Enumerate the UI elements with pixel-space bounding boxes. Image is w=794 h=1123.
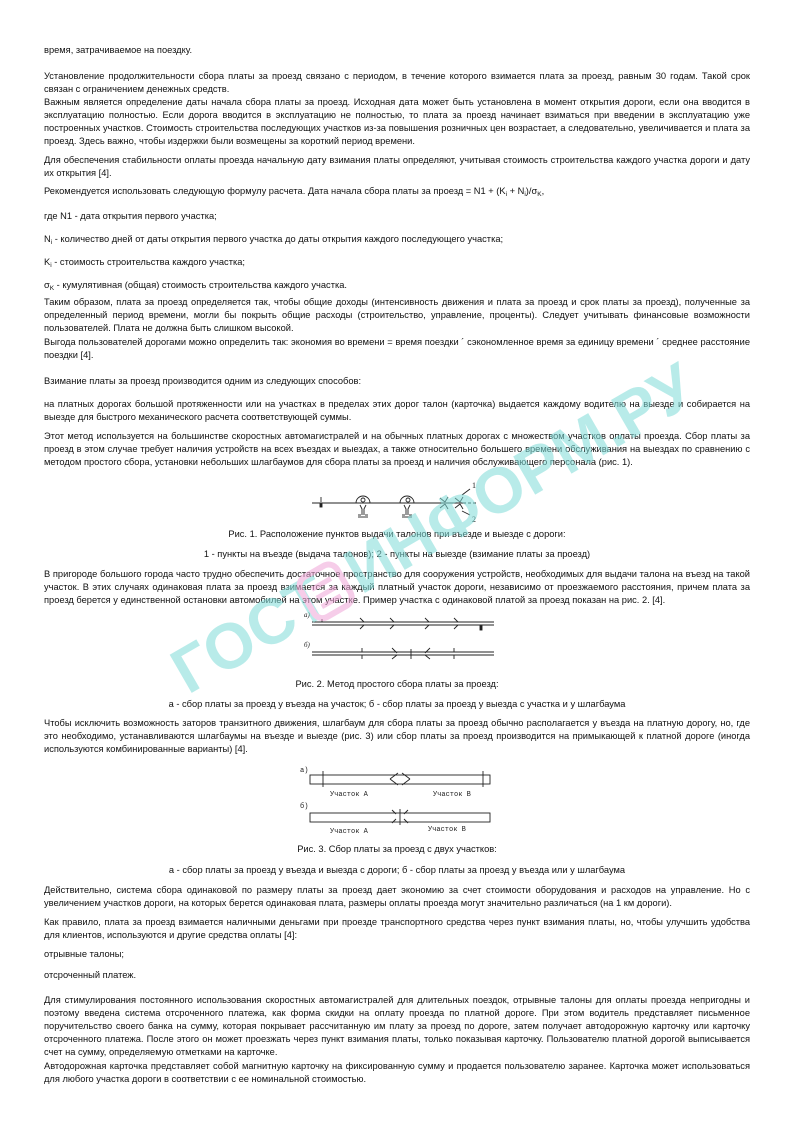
paragraph: Этот метод используется на большинстве с… [44, 430, 750, 469]
section-label: Участок А [330, 791, 369, 799]
paragraph: В пригороде большого города часто трудно… [44, 568, 750, 607]
formula-text: Рекомендуется использовать следующую фор… [44, 186, 506, 196]
road-diagram-icon: 1 2 [300, 478, 490, 523]
symbol: N [44, 234, 51, 244]
figure-label: а) [304, 611, 311, 619]
figure-1-legend: 1 - пункты на въезде (выдача талонов); 2… [44, 548, 750, 561]
paragraph: Автодорожная карточка представляет собой… [44, 1060, 750, 1086]
paragraph: на платных дорогах большой протяженности… [44, 398, 750, 424]
paragraph: Таким образом, плата за проезд определяе… [44, 296, 750, 335]
figure-3-caption: Рис. 3. Сбор платы за проезд с двух учас… [44, 843, 750, 856]
figure-label: 1 [472, 481, 476, 490]
paragraph: отсроченный платеж. [44, 969, 750, 982]
paragraph: Чтобы исключить возможность заторов тран… [44, 717, 750, 756]
road-diagram-icon: а) б) [302, 607, 498, 669]
paragraph: Для обеспечения стабильности оплаты прое… [44, 154, 750, 180]
formula-paragraph: Рекомендуется использовать следующую фор… [44, 185, 750, 198]
formula-text: )/σ [526, 186, 537, 196]
definition-text: - кумулятивная (общая) стоимость строите… [54, 280, 347, 290]
paragraph: время, затрачиваемое на поездку. [44, 44, 750, 57]
definition-sk: σK - кумулятивная (общая) стоимость стро… [44, 279, 750, 292]
figure-1-caption: Рис. 1. Расположение пунктов выдачи тало… [44, 528, 750, 541]
figure-label: б) [300, 802, 308, 811]
paragraph: Действительно, система сбора одинаковой … [44, 884, 750, 910]
figure-3-diagram: а) б) Участок А Участок В Участок А Учас… [298, 763, 498, 835]
definition-text: - количество дней от даты открытия перво… [52, 234, 503, 244]
figure-2-caption: Рис. 2. Метод простого сбора платы за пр… [44, 678, 750, 691]
figure-label: а) [300, 767, 308, 775]
definition-n1: где N1 - дата открытия первого участка; [44, 210, 750, 223]
road-diagram-icon: а) б) Участок А Участок В Участок А Учас… [298, 763, 498, 835]
definition-text: - стоимость строительства каждого участк… [52, 257, 245, 267]
paragraph: Взимание платы за проезд производится од… [44, 375, 750, 388]
figure-2-legend: а - сбор платы за проезд у въезда на уча… [44, 698, 750, 711]
paragraph: Выгода пользователей дорогами можно опре… [44, 336, 750, 362]
section-label: Участок В [433, 791, 471, 799]
section-label: Участок В [428, 826, 466, 834]
paragraph: Для стимулирования постоянного использов… [44, 994, 750, 1059]
paragraph: Как правило, плата за проезд взимается н… [44, 916, 750, 942]
figure-label: б) [304, 641, 311, 649]
figure-label: 2 [472, 515, 476, 523]
figure-1-diagram: 1 2 [300, 478, 490, 523]
figure-2-diagram: а) б) [302, 607, 498, 669]
paragraph: Установление продолжительности сбора пла… [44, 70, 750, 96]
definition-ki: Ki - стоимость строительства каждого уча… [44, 256, 750, 269]
definition-ni: Ni - количество дней от даты открытия пе… [44, 233, 750, 246]
paragraph: Важным является определение даты начала … [44, 96, 750, 148]
section-label: Участок А [330, 828, 369, 835]
figure-3-legend: а - сбор платы за проезд у въезда и выез… [44, 864, 750, 877]
formula-text: , [542, 186, 545, 196]
paragraph: отрывные талоны; [44, 948, 750, 961]
formula-text: + N [507, 186, 524, 196]
